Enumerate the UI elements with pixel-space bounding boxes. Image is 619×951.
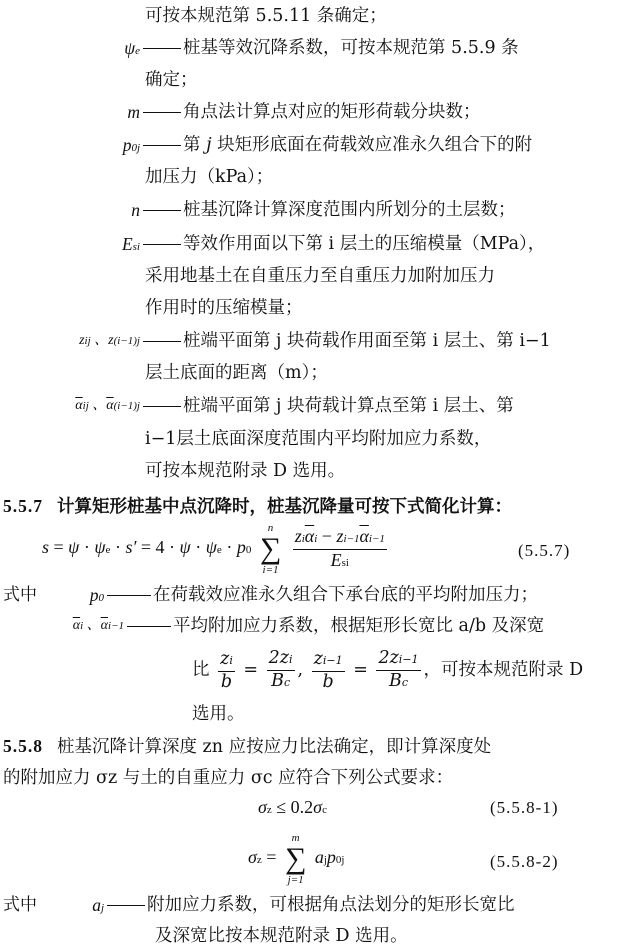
definition-p0j: 第 j 块矩形底面在荷载效应准永久组合下的附	[140, 133, 532, 157]
clause-text: 桩基沉降计算深度 zn 应按应力比法确定，即计算深度处	[57, 737, 491, 757]
definition-m: 角点法计算点对应的矩形荷载分块数；	[140, 100, 481, 124]
em-dash	[107, 595, 151, 596]
definition-p0: 在荷载效应准永久组合下承台底的平均附加压力；	[104, 583, 538, 607]
definition-esi-cont-2: 作用时的压缩模量；	[145, 296, 303, 320]
em-dash	[127, 626, 171, 627]
em-dash	[107, 905, 145, 906]
definition-aj: 附加应力系数，可根据角点法划分的矩形长宽比	[104, 893, 515, 917]
definition-esi-cont-1: 采用地基土在自重压力至自重压力加附加压力	[145, 264, 495, 288]
formula-5-5-7: s = ψ · ψe · s′ = 4 · ψ · ψe · p0 n∑i=1 …	[42, 522, 390, 576]
symbol-z-ij: zij 、z(i−1)j	[0, 329, 140, 353]
em-dash	[143, 406, 181, 407]
clause-5-5-8: 5.5.8桩基沉降计算深度 zn 应按应力比法确定，即计算深度处	[3, 734, 491, 759]
continuation-text: 可按本规范第 5.5.11 条确定；	[145, 4, 387, 28]
definition-alpha-bar-ij-cont-1: i−1层土底面深度范围内平均附加应力系数，	[145, 427, 491, 451]
symbol-alpha-bar-ij: αij 、α(i−1)j	[0, 394, 140, 418]
em-dash	[143, 210, 181, 211]
where-label: 式中	[3, 583, 37, 607]
formula-5-5-8-2: σz = m∑j=1 ajp0j	[248, 832, 344, 886]
clause-5-5-8-cont: 的附加应力 σz 与土的自重应力 σc 应符合下列公式要求：	[3, 766, 453, 790]
em-dash	[143, 145, 181, 146]
definition-alpha-bar-i-cont-2: 选用。	[192, 702, 245, 726]
definition-psi-e: 桩基等效沉降系数，可按本规范第 5.5.9 条	[140, 36, 519, 60]
symbol-p0j: p0j	[80, 133, 140, 160]
symbol-esi: Esi	[80, 232, 140, 259]
em-dash	[143, 48, 181, 49]
equation-number-5-5-8-1: (5.5.8-1)	[490, 798, 558, 818]
symbol-alpha-bar-i: αi 、αi−1	[20, 614, 124, 638]
definition-alpha-bar-ij-cont-2: 可按本规范附录 D 选用。	[145, 459, 345, 483]
definition-alpha-bar-ij: 桩端平面第 j 块荷载计算点至第 i 层土、第	[140, 394, 514, 418]
clause-number: 5.5.8	[3, 736, 43, 756]
definition-z-ij: 桩端平面第 j 块荷载作用面至第 i 层土、第 i−1	[140, 329, 551, 353]
definition-p0j-cont: 加压力（kPa）；	[145, 165, 273, 189]
em-dash	[143, 244, 181, 245]
definition-n: 桩基沉降计算深度范围内所划分的土层数；	[140, 198, 516, 222]
symbol-aj: aj	[60, 893, 104, 920]
symbol-psi-e: ψe	[100, 36, 140, 63]
where-label-2: 式中	[3, 893, 37, 917]
clause-5-5-7: 5.5.7计算矩形桩基中点沉降时，桩基沉降量可按下式简化计算：	[3, 494, 512, 519]
clause-number: 5.5.7	[3, 496, 43, 516]
symbol-n: n	[100, 198, 140, 222]
definition-aj-cont: 及深宽比按本规范附录 D 选用。	[155, 924, 408, 948]
definition-alpha-bar-i-cont-1: 比 zib = 2ziBc, zi−1b = 2zi−1Bc，可按本规范附录 D	[192, 648, 583, 693]
equation-number-5-5-8-2: (5.5.8-2)	[490, 852, 558, 872]
symbol-p0: p0	[60, 583, 104, 610]
clause-text: 计算矩形桩基中点沉降时，桩基沉降量可按下式简化计算：	[57, 497, 512, 517]
symbol-m: m	[100, 100, 140, 124]
formula-5-5-8-1: σz ≤ 0.2σc	[258, 797, 327, 818]
definition-esi: 等效作用面以下第 i 层土的压缩模量（MPa），	[140, 232, 545, 256]
equation-number-5-5-7: (5.5.7)	[518, 541, 570, 561]
definition-psi-e-cont: 确定；	[145, 68, 198, 92]
definition-z-ij-cont: 层土底面的距离（m）；	[145, 361, 328, 385]
definition-alpha-bar-i: 平均附加应力系数，根据矩形长宽比 a/b 及深宽	[124, 614, 544, 638]
em-dash	[143, 341, 181, 342]
em-dash	[143, 112, 181, 113]
